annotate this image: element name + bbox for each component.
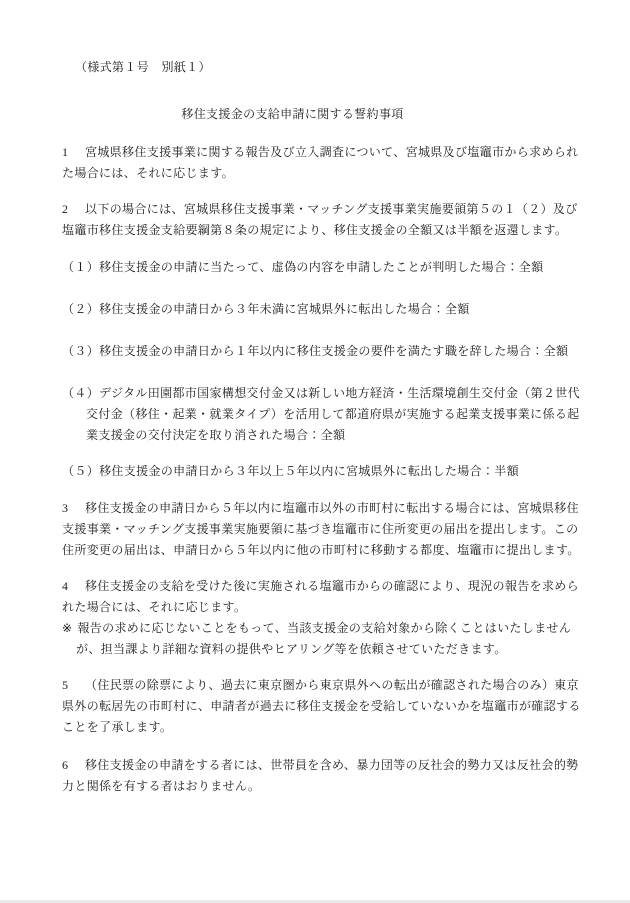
item-5-text: （住民票の除票により、過去に東京圏から東京県外への転出が確認された場合のみ）東京…	[62, 678, 581, 734]
item-3-number: 3	[62, 498, 85, 519]
item-2: 2以下の場合には、宮城県移住支援事業・マッチング支援事業実施要領第５の１（２）及…	[0, 199, 630, 241]
item-3-text: 移住支援金の申請日から５年以内に塩竈市以外の市町村に転出する場合には、宮城県移住…	[62, 501, 580, 557]
clause-4-text: デジタル田園都市国家構想交付金又は新しい地方経済・生活環境創生交付金（第２世代交…	[86, 386, 580, 442]
item-5: 5（住民票の除票により、過去に東京圏から東京県外への転出が確認された場合のみ）東…	[0, 675, 630, 738]
clause-2: （２）移住支援金の申請日から３年未満に宮城県外に転出した場合：全額	[0, 299, 630, 320]
item-4-text: 移住支援金の支給を受けた後に実施される塩竈市からの確認により、現況の報告を求めら…	[62, 579, 579, 614]
clause-1: （１）移住支援金の申請に当たって、虚偽の内容を申請したことが判明した場合：全額	[0, 257, 630, 278]
item-6: 6移住支援金の申請をする者には、世帯員を含め、暴力団等の反社会的勢力又は反社会的…	[0, 755, 630, 797]
clause-2-marker: （２）	[62, 302, 99, 316]
document-page: （様式第１号 別紙１） 移住支援金の支給申請に関する誓約事項 1宮城県移住支援事…	[0, 0, 630, 903]
note: ※報告の求めに応じないことをもって、当該支援金の支給対象から除くことはいたしませ…	[0, 618, 630, 660]
item-1-number: 1	[62, 142, 85, 163]
note-marker: ※	[62, 621, 72, 635]
item-1-text: 宮城県移住支援事業に関する報告及び立入調査について、宮城県及び塩竈市から求められ…	[62, 145, 579, 180]
item-4-number: 4	[62, 576, 85, 597]
clause-1-marker: （１）	[62, 260, 99, 274]
clause-3: （３）移住支援金の申請日から１年以内に移住支援金の要件を満たす職を辞した場合：全…	[0, 341, 630, 362]
clause-3-marker: （３）	[62, 344, 99, 358]
clause-3-text: 移住支援金の申請日から１年以内に移住支援金の要件を満たす職を辞した場合：全額	[99, 344, 568, 358]
note-text: 報告の求めに応じないことをもって、当該支援金の支給対象から除くことはいたしません…	[76, 621, 571, 656]
clause-5-text: 移住支援金の申請日から３年以上５年以内に宮城県外に転出した場合：半額	[99, 464, 519, 478]
item-5-number: 5	[62, 675, 85, 696]
item-2-number: 2	[62, 199, 85, 220]
item-2-text: 以下の場合には、宮城県移住支援事業・マッチング支援事業実施要領第５の１（２）及び…	[62, 202, 578, 237]
item-6-text: 移住支援金の申請をする者には、世帯員を含め、暴力団等の反社会的勢力又は反社会的勢…	[62, 758, 579, 793]
clause-4: （４）デジタル田園都市国家構想交付金又は新しい地方経済・生活環境創生交付金（第２…	[0, 383, 630, 446]
clause-5-marker: （５）	[62, 464, 99, 478]
clause-1-text: 移住支援金の申請に当たって、虚偽の内容を申請したことが判明した場合：全額	[99, 260, 543, 274]
item-6-number: 6	[62, 755, 85, 776]
item-3: 3移住支援金の申請日から５年以内に塩竈市以外の市町村に転出する場合には、宮城県移…	[0, 498, 630, 561]
form-label: （様式第１号 別紙１）	[0, 57, 630, 78]
clause-5: （５）移住支援金の申請日から３年以上５年以内に宮城県外に転出した場合：半額	[0, 461, 630, 482]
document-title: 移住支援金の支給申請に関する誓約事項	[0, 104, 630, 125]
item-4: 4移住支援金の支給を受けた後に実施される塩竈市からの確認により、現況の報告を求め…	[0, 576, 630, 618]
clause-4-marker: （４）	[62, 386, 99, 400]
clause-2-text: 移住支援金の申請日から３年未満に宮城県外に転出した場合：全額	[99, 302, 470, 316]
item-1: 1宮城県移住支援事業に関する報告及び立入調査について、宮城県及び塩竈市から求めら…	[0, 142, 630, 184]
